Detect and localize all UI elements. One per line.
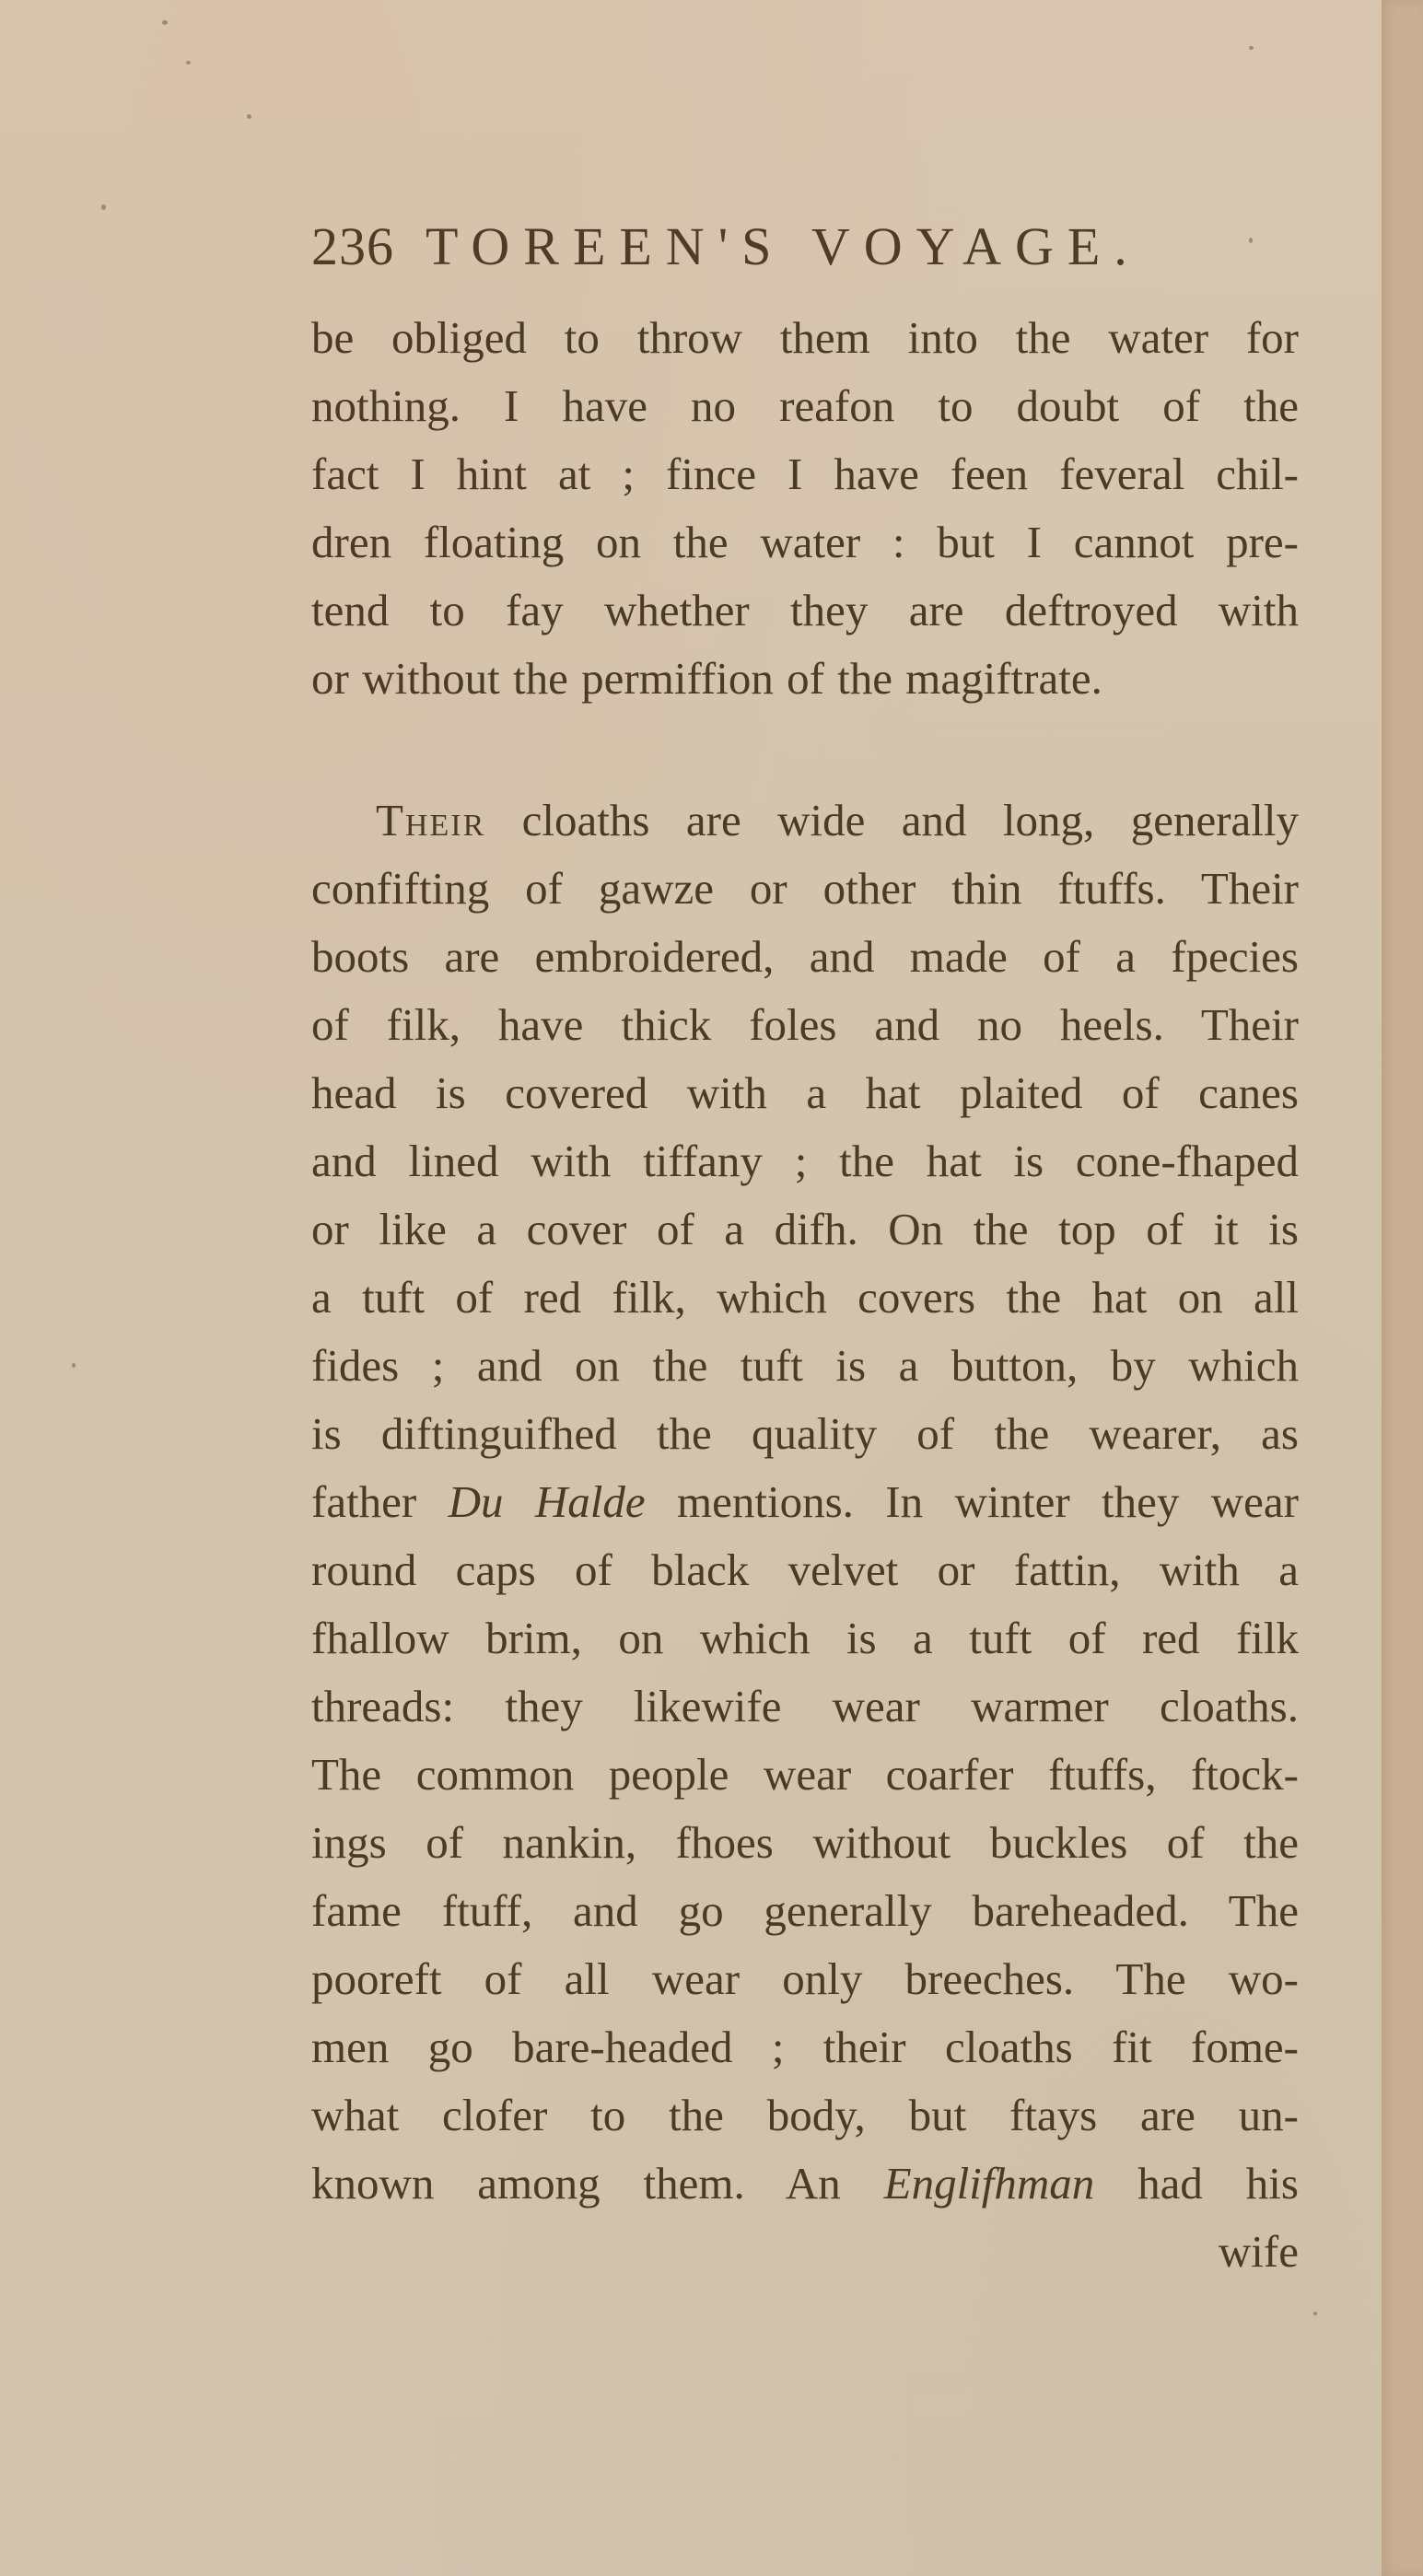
- text-line: what clofer to the body, but ftays are u…: [311, 2081, 1299, 2150]
- text-line: The common people wear coarfer ftuffs, f…: [311, 1741, 1299, 1809]
- text-line: fides ; and on the tuft is a button, by …: [311, 1332, 1299, 1400]
- text-line: boots are embroidered, and made of a fpe…: [311, 923, 1299, 991]
- text-line: or like a cover of a difh. On the top of…: [311, 1195, 1299, 1264]
- paper-speck: [1313, 2312, 1317, 2315]
- text-line: a tuft of red filk, which covers the hat…: [311, 1264, 1299, 1332]
- text-line: pooreft of all wear only breeches. The w…: [311, 1945, 1299, 2013]
- page-edge: [1382, 0, 1423, 2576]
- text-line: confifting of gawze or other thin ftuffs…: [311, 855, 1299, 923]
- paragraph-1: be obliged to throw them into the water …: [311, 304, 1299, 713]
- italic-name-du-halde: Du Halde: [449, 1476, 646, 1527]
- italic-word-englishman: Englifhman: [884, 2158, 1095, 2209]
- page-text: 236 TOREEN'S VOYAGE. be obliged to throw…: [311, 216, 1299, 2286]
- text-line: head is covered with a hat plaited of ca…: [311, 1059, 1299, 1127]
- text-line: fhallow brim, on which is a tuft of red …: [311, 1604, 1299, 1673]
- paragraph-2: Their cloaths are wide and long, general…: [311, 787, 1299, 2218]
- text-line: Their cloaths are wide and long, general…: [311, 787, 1299, 855]
- paper-speck: [162, 20, 168, 25]
- text-line: fact I hint at ; fince I have feen fever…: [311, 440, 1299, 508]
- paper-speck: [186, 61, 191, 64]
- text-line: ings of nankin, fhoes without buckles of…: [311, 1809, 1299, 1877]
- paragraph-spacer: [311, 713, 1299, 787]
- running-title: TOREEN'S VOYAGE.: [426, 216, 1141, 277]
- text-line: or without the permiffion of the magiftr…: [311, 645, 1299, 713]
- paper-speck: [72, 1363, 76, 1368]
- catchword: wife: [311, 2218, 1299, 2286]
- text-line: and lined with tiffany ; the hat is cone…: [311, 1127, 1299, 1195]
- line-text: cloaths are wide and long, generally: [485, 795, 1299, 845]
- text-line: threads: they likewife wear warmer cloat…: [311, 1673, 1299, 1741]
- text-line: of filk, have thick foles and no heels. …: [311, 991, 1299, 1059]
- line-text: had his: [1094, 2158, 1299, 2209]
- paragraph-opening-smallcaps: Their: [376, 795, 485, 845]
- text-line: be obliged to throw them into the water …: [311, 304, 1299, 372]
- line-text: mentions. In winter they wear: [646, 1476, 1299, 1527]
- paper-speck: [101, 204, 106, 210]
- line-text: father: [311, 1476, 449, 1527]
- text-line: known among them. An Englifhman had his: [311, 2150, 1299, 2218]
- paper-speck: [1249, 46, 1254, 50]
- text-line: round caps of black velvet or fattin, wi…: [311, 1536, 1299, 1604]
- running-head: 236 TOREEN'S VOYAGE.: [311, 216, 1299, 304]
- text-line: dren floating on the water : but I canno…: [311, 508, 1299, 577]
- text-line: nothing. I have no reafon to doubt of th…: [311, 372, 1299, 440]
- paper-speck: [247, 114, 251, 119]
- text-line: fame ftuff, and go generally bareheaded.…: [311, 1877, 1299, 1945]
- text-line: men go bare-headed ; their cloaths fit f…: [311, 2013, 1299, 2081]
- text-line: tend to fay whether they are deftroyed w…: [311, 577, 1299, 645]
- page-number: 236: [311, 216, 394, 277]
- line-text: known among them. An: [311, 2158, 884, 2209]
- text-line: father Du Halde mentions. In winter they…: [311, 1468, 1299, 1536]
- text-line: is diftinguifhed the quality of the wear…: [311, 1400, 1299, 1468]
